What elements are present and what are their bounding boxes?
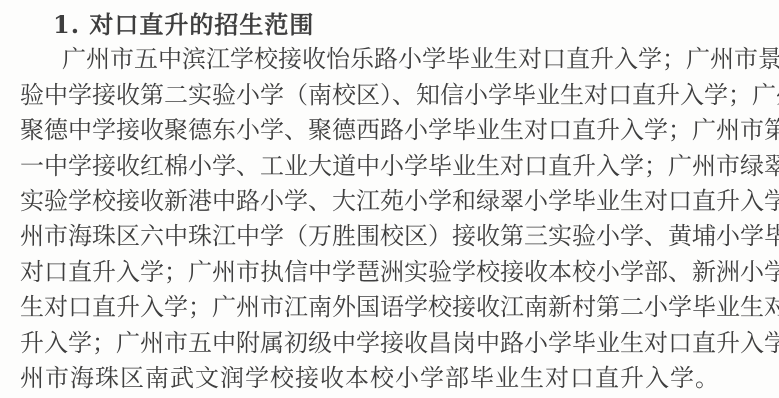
- paragraph-line: 升入学；广州市五中附属初级中学接收昌岗中路小学毕业生对口直升入学；广: [20, 326, 770, 361]
- paragraph-line: 广州市五中滨江学校接收怡乐路小学毕业生对口直升入学；广州市景中实: [20, 42, 770, 77]
- paragraph-line: 一中学接收红棉小学、工业大道中小学毕业生对口直升入学；广州市绿翠现代: [20, 149, 770, 184]
- paragraph-line: 聚德中学接收聚德东小学、聚德西路小学毕业生对口直升入学；广州市第四十: [20, 113, 770, 148]
- paragraph-line: 验中学接收第二实验小学（南校区）、知信小学毕业生对口直升入学；广州市: [20, 78, 770, 113]
- document-page: 1. 对口直升的招生范围 广州市五中滨江学校接收怡乐路小学毕业生对口直升入学；广…: [0, 0, 779, 398]
- paragraph-line: 生对口直升入学；广州市江南外国语学校接收江南新村第二小学毕业生对口直: [20, 290, 770, 325]
- paragraph-line: 实验学校接收新港中路小学、大江苑小学和绿翠小学毕业生对口直升入学；广: [20, 184, 770, 219]
- section-heading: 1. 对口直升的招生范围: [20, 7, 770, 42]
- paragraph-line: 州市海珠区六中珠江中学（万胜围校区）接收第三实验小学、黄埔小学毕业生: [20, 219, 770, 254]
- paragraph-line: 州市海珠区南武文润学校接收本校小学部毕业生对口直升入学。: [20, 361, 770, 396]
- paragraph-line: 对口直升入学；广州市执信中学琶洲实验学校接收本校小学部、新洲小学毕业: [20, 255, 770, 290]
